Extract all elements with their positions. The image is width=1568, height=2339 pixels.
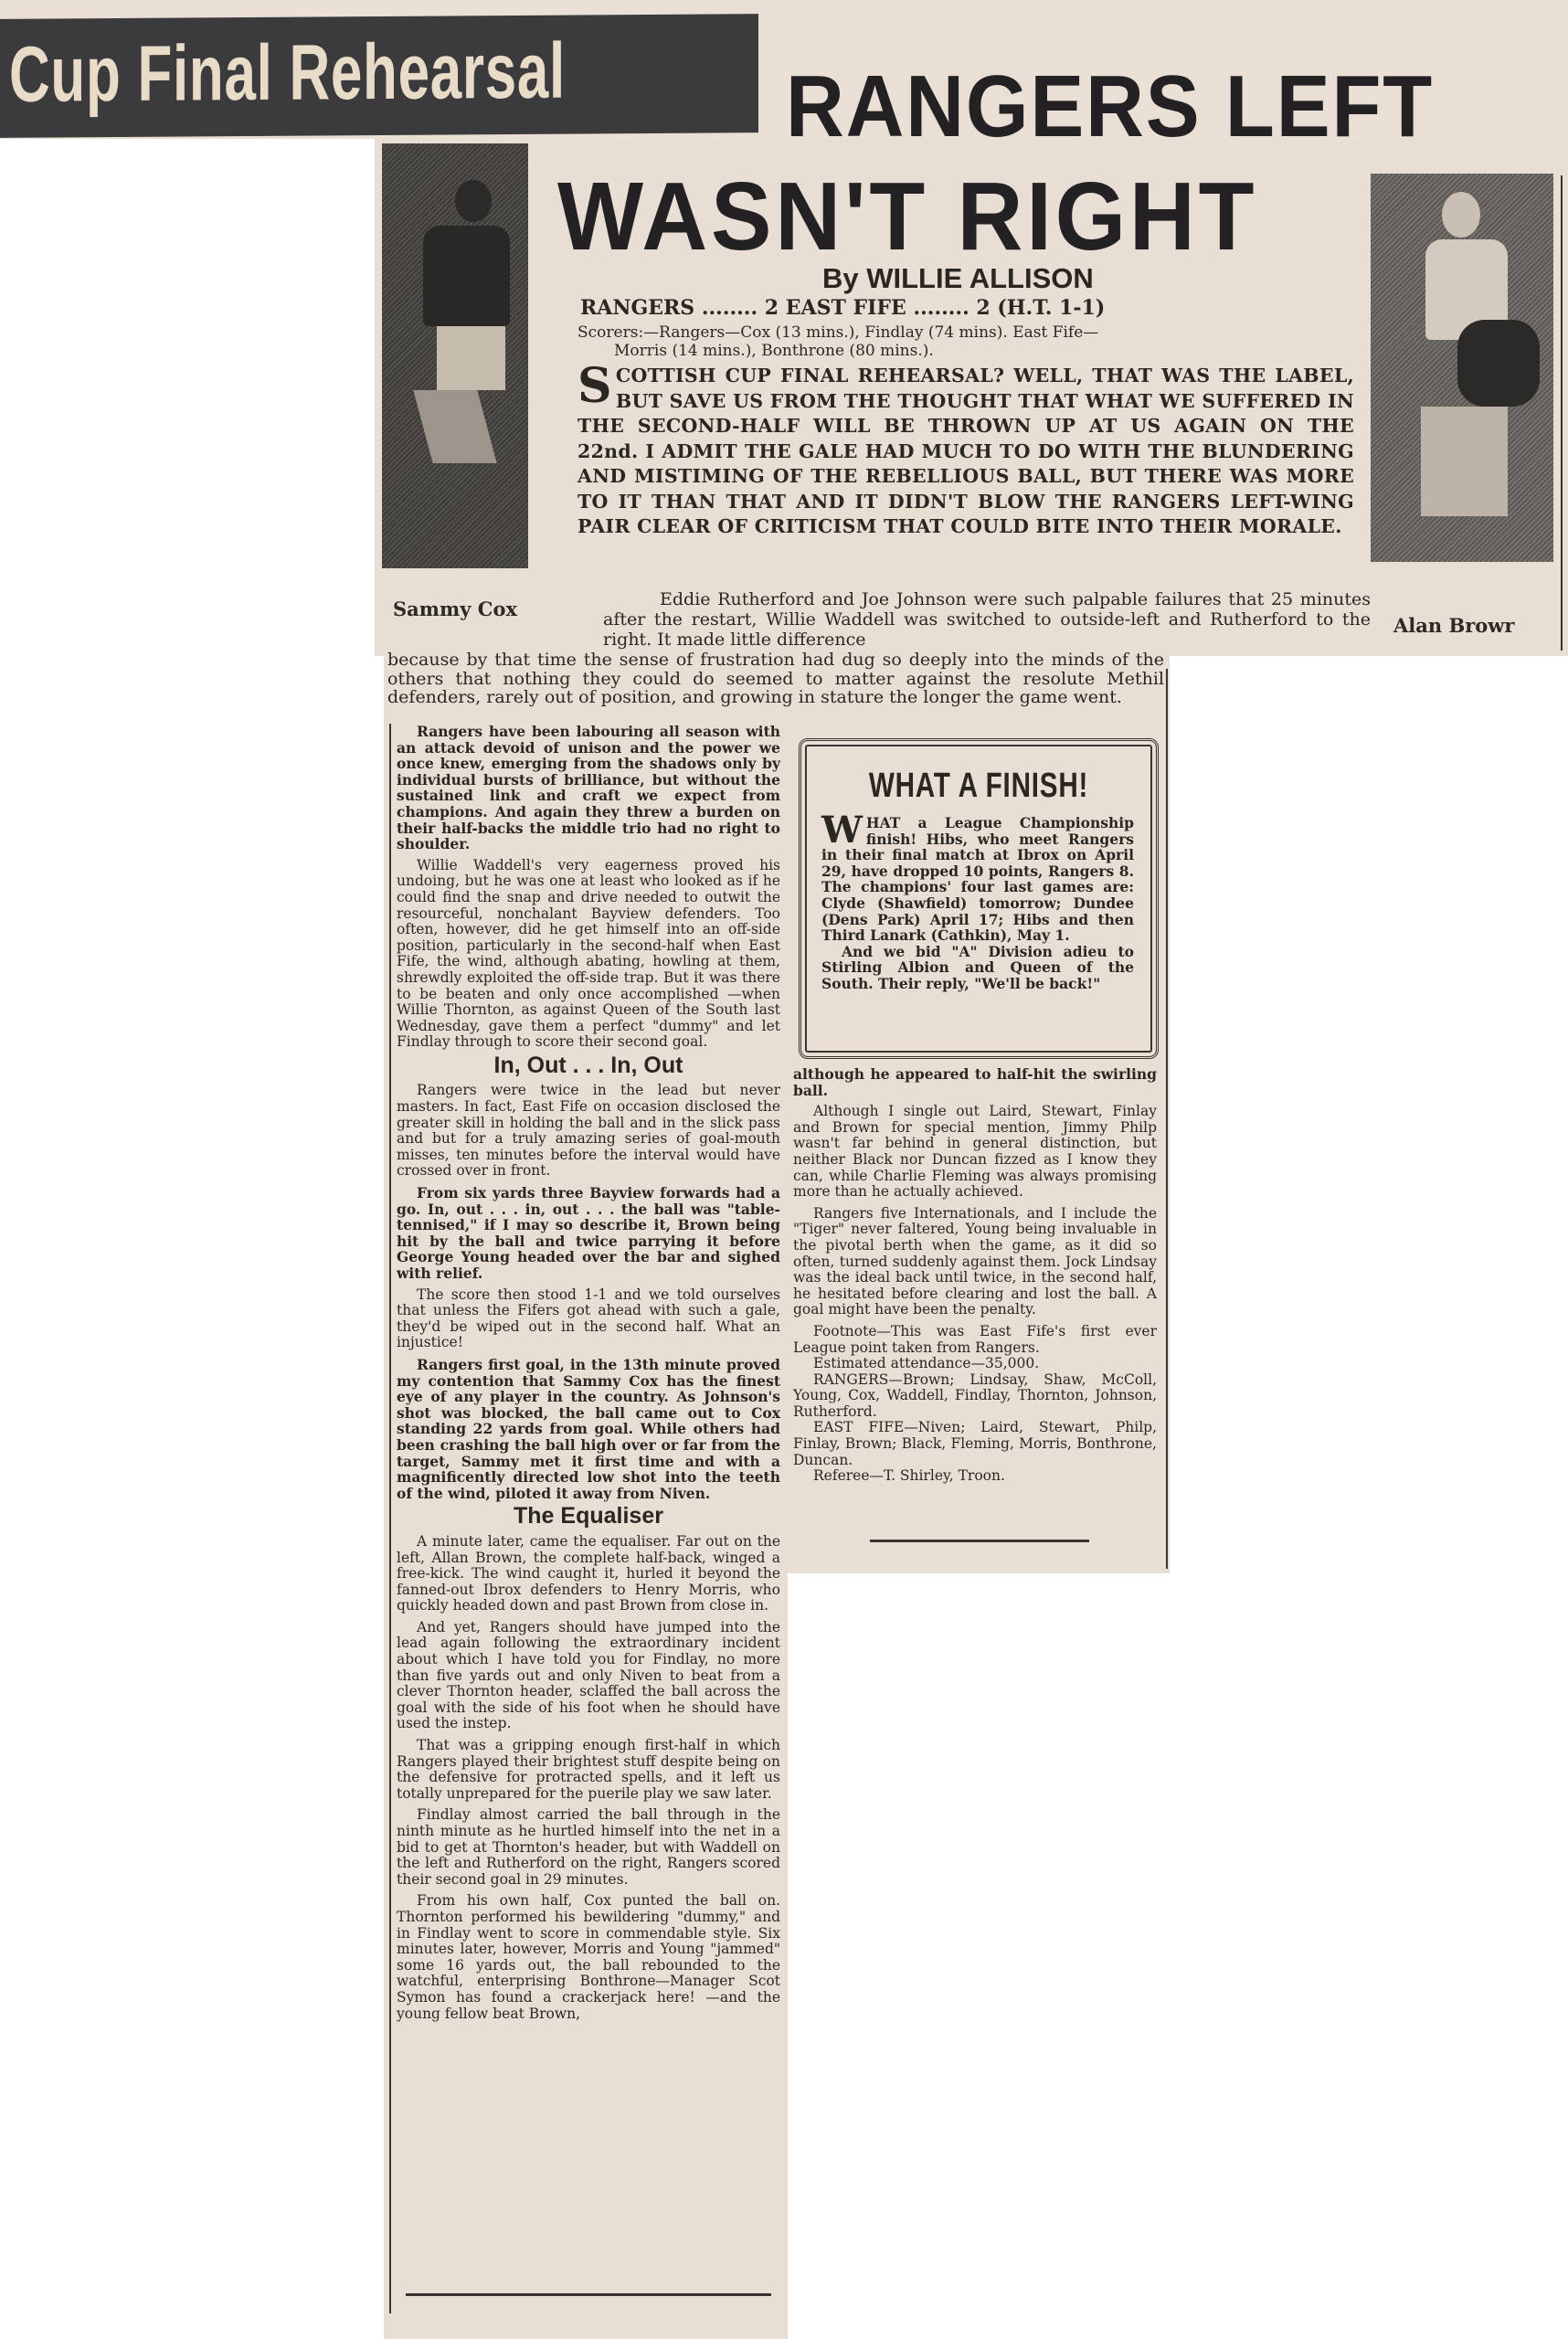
left-column-clipping: Rangers have been labouring all season w… — [384, 724, 788, 2339]
clipping-header-strip: Cup Final Rehearsal RANGERS LEFT — [0, 0, 1568, 139]
byline: By WILLIE ALLISON — [822, 262, 1094, 295]
panel-paragraph: WHAT a League Championship finish! Hibs,… — [821, 815, 1134, 944]
east-fife-lineup: EAST FIFE—Niven; Laird, Stewart, Philp, … — [793, 1420, 1157, 1468]
intro-text: COTTISH CUP FINAL REHEARSAL? WELL, THAT … — [577, 365, 1354, 537]
footnote: Footnote—This was East Fife's first ever… — [793, 1324, 1157, 1356]
paragraph: Rangers five Internationals, and I inclu… — [793, 1206, 1157, 1318]
referee: Referee—T. Shirley, Troon. — [793, 1468, 1157, 1485]
right-column: although he appeared to half-hit the swi… — [793, 1066, 1157, 1490]
panel-body: WHAT a League Championship finish! Hibs,… — [801, 815, 1156, 992]
column-rule — [1561, 175, 1563, 651]
rangers-lineup: RANGERS—Brown; Lindsay, Shaw, McColl, Yo… — [793, 1372, 1157, 1421]
paragraph-eddie-rutherford: Eddie Rutherford and Joe Johnson were su… — [603, 589, 1371, 650]
what-a-finish-panel: WHAT A FINISH! WHAT a League Championshi… — [799, 738, 1159, 1059]
headline-block: Sammy Cox WASN'T RIGHT By WILLIE ALLISON… — [375, 139, 1568, 656]
column-rule — [389, 724, 391, 2313]
paragraph: From six yards three Bayview forwards ha… — [397, 1185, 780, 1282]
paragraph: although he appeared to half-hit the swi… — [793, 1066, 1157, 1098]
paragraph: Rangers were twice in the lead but never… — [397, 1083, 780, 1180]
end-rule — [870, 1540, 1089, 1542]
paragraph: Findlay almost carried the ball through … — [397, 1807, 780, 1888]
paragraph: Although I single out Laird, Stewart, Fi… — [793, 1104, 1157, 1201]
end-rule — [406, 2293, 771, 2296]
panel-text: HAT a League Championship finish! Hibs, … — [821, 814, 1134, 944]
paragraph: Rangers have been labouring all season w… — [397, 724, 780, 852]
intro-dropcap: S — [577, 365, 612, 407]
subheading-in-out: In, Out . . . In, Out — [397, 1058, 780, 1074]
player-shorts-icon — [437, 326, 505, 390]
paragraph: The score then stood 1-1 and we told our… — [397, 1287, 780, 1351]
headline-line-2: WASN'T RIGHT — [557, 162, 1257, 272]
panel-paragraph: And we bid "A" Division adieu to Stirlin… — [821, 944, 1134, 992]
panel-dropcap: W — [821, 815, 863, 846]
photo-caption-left: Sammy Cox — [393, 598, 517, 620]
intro-paragraph: SCOTTISH CUP FINAL REHEARSAL? WELL, THAT… — [577, 364, 1354, 540]
paragraph: That was a gripping enough first-half in… — [397, 1738, 780, 1802]
photo-caption-right: Alan Browr — [1393, 614, 1514, 637]
player-shirt-icon — [423, 226, 510, 326]
left-column: Rangers have been labouring all season w… — [397, 724, 780, 2027]
paragraph: Rangers first goal, in the 13th minute p… — [397, 1357, 780, 1501]
player-legs-icon — [1421, 407, 1508, 516]
scorers-line-1: Scorers:—Rangers—Cox (13 mins.), Findlay… — [577, 323, 1098, 342]
scorers-line: Scorers:—Rangers—Cox (13 mins.), Findlay… — [577, 323, 1235, 360]
scorers-line-2: Morris (14 mins.), Bonthrone (80 mins.). — [577, 342, 1235, 360]
match-result: RANGERS ........ 2 EAST FIFE ........ 2 … — [580, 296, 1105, 320]
paragraph-text: Eddie Rutherford and Joe Johnson were su… — [603, 589, 1371, 650]
panel-title: WHAT A FINISH! — [841, 767, 1118, 806]
kicker-banner: Cup Final Rehearsal — [0, 14, 758, 138]
right-column-clipping: WHAT A FINISH! WHAT a League Championshi… — [788, 724, 1170, 1573]
paragraph: And yet, Rangers should have jumped into… — [397, 1620, 780, 1732]
subheading-equaliser: The Equaliser — [397, 1508, 780, 1525]
photo-alan-brown — [1371, 174, 1553, 562]
photo-sammy-cox — [382, 143, 528, 568]
paragraph-frustration: because by that time the sense of frustr… — [387, 651, 1164, 707]
player-shorts-icon — [1457, 320, 1540, 407]
player-head-icon — [1442, 192, 1480, 238]
player-legs-icon — [413, 390, 496, 463]
paragraph: Willie Waddell's very eagerness proved h… — [397, 858, 780, 1051]
paragraph: A minute later, came the equaliser. Far … — [397, 1534, 780, 1614]
player-head-icon — [455, 180, 492, 222]
attendance: Estimated attendance—35,000. — [793, 1356, 1157, 1372]
column-rule — [1166, 669, 1168, 1569]
kicker-text: Cup Final Rehearsal — [9, 26, 566, 121]
paragraph: From his own half, Cox punted the ball o… — [397, 1893, 780, 2022]
lead-continuation: because by that time the sense of frustr… — [384, 656, 1170, 724]
